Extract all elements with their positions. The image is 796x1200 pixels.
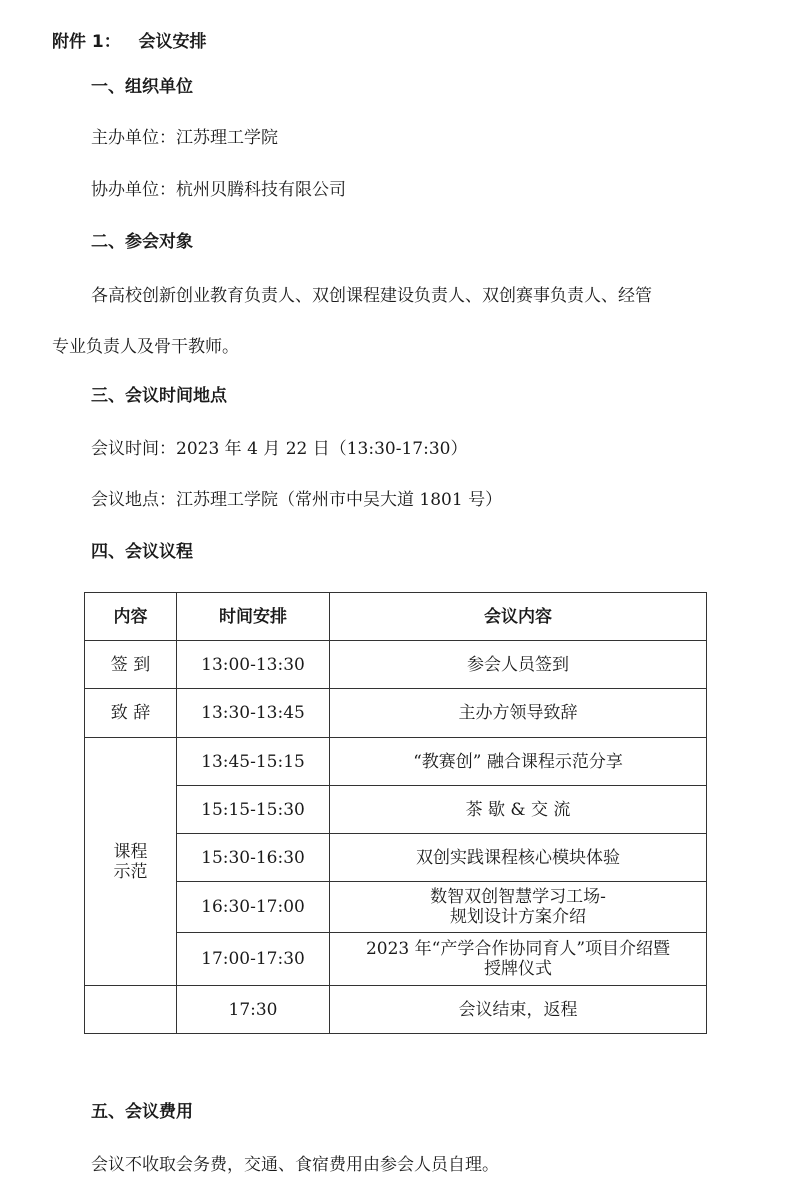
table-row: 15:15-15:30 茶 歇 & 交 流 bbox=[85, 786, 707, 834]
fees-text: 会议不收取会务费，交通、食宿费用由参会人员自理。 bbox=[91, 1154, 499, 1176]
section-heading-fees: 五、会议费用 bbox=[91, 1101, 193, 1123]
table-header-row: 内容 时间安排 会议内容 bbox=[85, 593, 707, 641]
row-content: 主办方领导致辞 bbox=[330, 689, 707, 738]
row-time: 17:30 bbox=[177, 986, 330, 1034]
row-item bbox=[85, 986, 177, 1034]
row-time: 15:15-15:30 bbox=[177, 786, 330, 834]
document-title: 会议安排 bbox=[139, 32, 207, 52]
participants-line-1: 各高校创新创业教育负责人、双创课程建设负责人、双创赛事负责人、经管 bbox=[91, 285, 652, 307]
meeting-time: 会议时间：2023 年 4 月 22 日（13:30-17:30） bbox=[91, 438, 467, 460]
table-row: 17:30 会议结束，返程 bbox=[85, 986, 707, 1034]
row-item: 签 到 bbox=[85, 641, 177, 689]
section-heading-time-place: 三、会议时间地点 bbox=[91, 385, 227, 407]
section-heading-organizers: 一、组织单位 bbox=[91, 76, 193, 98]
header-time: 时间安排 bbox=[177, 593, 330, 641]
attachment-label: 附件 1： bbox=[52, 32, 121, 52]
group-label-line-1: 课程 bbox=[89, 842, 172, 862]
header-item: 内容 bbox=[85, 593, 177, 641]
row-item-group: 课程 示范 bbox=[85, 738, 177, 986]
row-content: “教赛创” 融合课程示范分享 bbox=[330, 738, 707, 786]
row-content-line-2: 授牌仪式 bbox=[334, 959, 702, 979]
row-time: 13:45-15:15 bbox=[177, 738, 330, 786]
row-time: 13:00-13:30 bbox=[177, 641, 330, 689]
table-row: 签 到 13:00-13:30 参会人员签到 bbox=[85, 641, 707, 689]
row-content-line-1: 2023 年“产学合作协同育人”项目介绍暨 bbox=[334, 939, 702, 959]
header-content: 会议内容 bbox=[330, 593, 707, 641]
section-heading-participants: 二、参会对象 bbox=[91, 231, 193, 253]
row-content: 参会人员签到 bbox=[330, 641, 707, 689]
row-content-line-2: 规划设计方案介绍 bbox=[334, 907, 702, 927]
row-content: 数智双创智慧学习工场- 规划设计方案介绍 bbox=[330, 882, 707, 933]
attachment-title: 附件 1： 会议安排 bbox=[52, 31, 207, 53]
row-content: 会议结束，返程 bbox=[330, 986, 707, 1034]
row-time: 17:00-17:30 bbox=[177, 933, 330, 986]
participants-line-2: 专业负责人及骨干教师。 bbox=[52, 336, 239, 358]
group-label-line-2: 示范 bbox=[89, 862, 172, 882]
row-content: 双创实践课程核心模块体验 bbox=[330, 834, 707, 882]
co-host-unit: 协办单位：杭州贝腾科技有限公司 bbox=[91, 179, 346, 201]
row-item: 致 辞 bbox=[85, 689, 177, 738]
table-row: 16:30-17:00 数智双创智慧学习工场- 规划设计方案介绍 bbox=[85, 882, 707, 933]
row-content: 2023 年“产学合作协同育人”项目介绍暨 授牌仪式 bbox=[330, 933, 707, 986]
agenda-table: 内容 时间安排 会议内容 签 到 13:00-13:30 参会人员签到 致 辞 … bbox=[84, 592, 707, 1034]
meeting-place: 会议地点：江苏理工学院（常州市中吴大道 1801 号） bbox=[91, 489, 502, 511]
table-row: 15:30-16:30 双创实践课程核心模块体验 bbox=[85, 834, 707, 882]
row-time: 16:30-17:00 bbox=[177, 882, 330, 933]
table-row: 致 辞 13:30-13:45 主办方领导致辞 bbox=[85, 689, 707, 738]
section-heading-agenda: 四、会议议程 bbox=[91, 541, 193, 563]
table-row: 课程 示范 13:45-15:15 “教赛创” 融合课程示范分享 bbox=[85, 738, 707, 786]
row-content: 茶 歇 & 交 流 bbox=[330, 786, 707, 834]
table-row: 17:00-17:30 2023 年“产学合作协同育人”项目介绍暨 授牌仪式 bbox=[85, 933, 707, 986]
row-time: 13:30-13:45 bbox=[177, 689, 330, 738]
host-unit: 主办单位：江苏理工学院 bbox=[91, 127, 278, 149]
row-time: 15:30-16:30 bbox=[177, 834, 330, 882]
row-content-line-1: 数智双创智慧学习工场- bbox=[334, 887, 702, 907]
